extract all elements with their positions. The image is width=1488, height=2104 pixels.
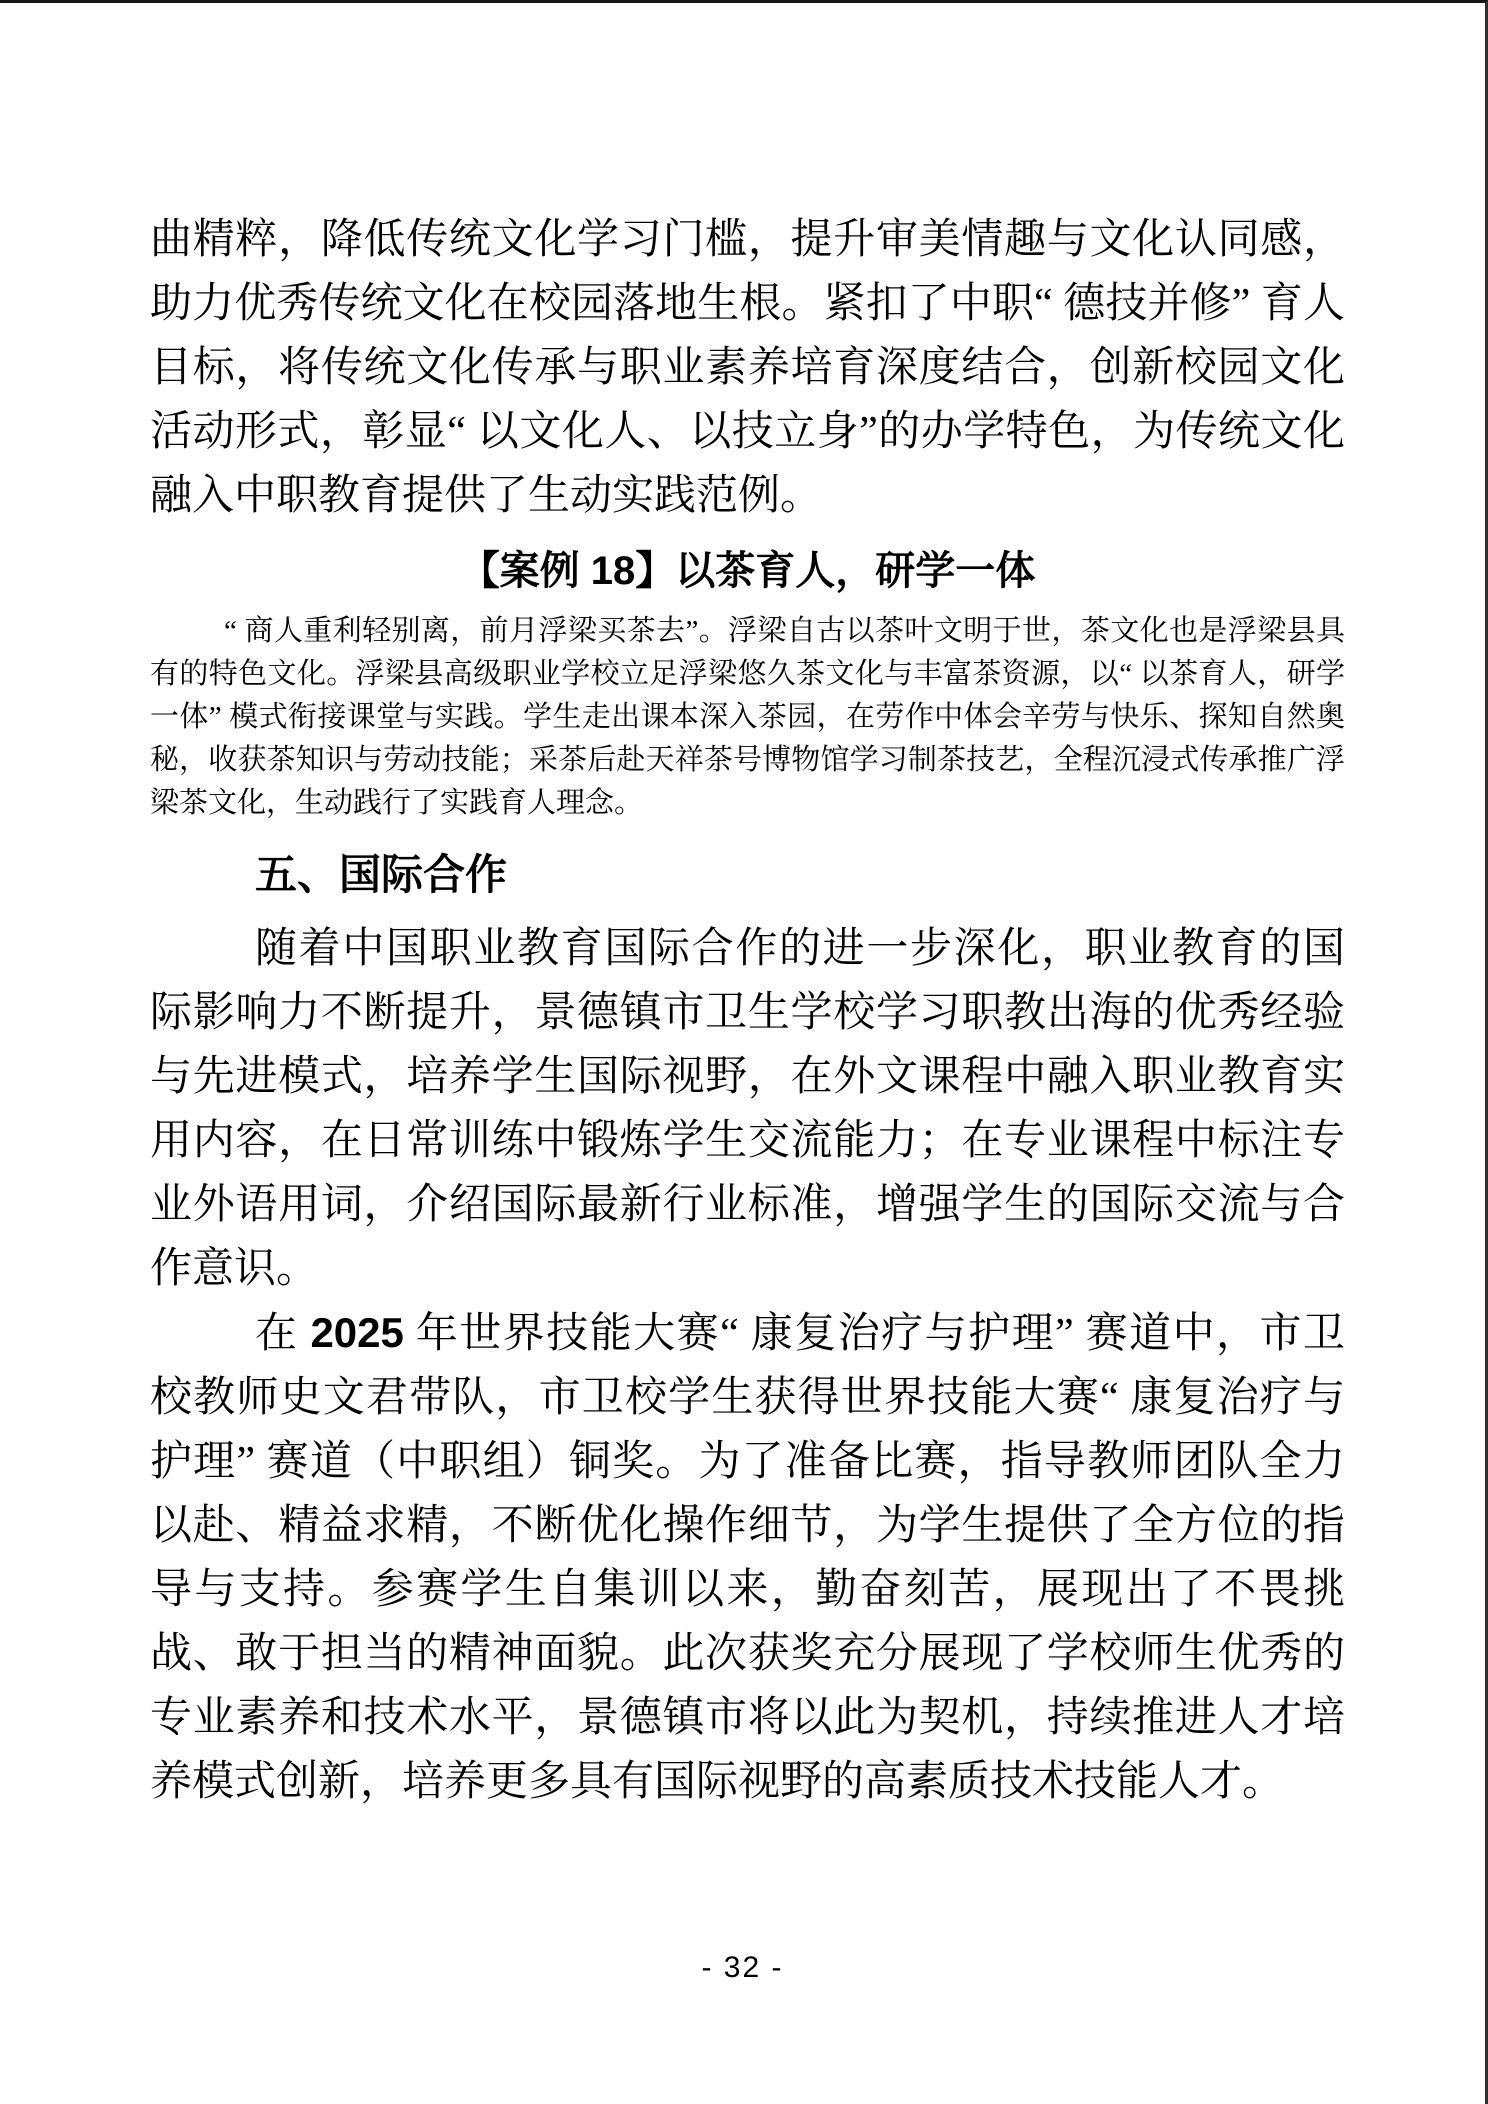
paragraph-competition: 在 2025 年世界技能大赛“ 康复治疗与护理” 赛道中，市卫校教师史文君带队，… bbox=[150, 1301, 1345, 1814]
case-body-paragraph: “ 商人重利轻别离，前月浮梁买茶去”。浮梁自古以茶叶文明于世，茶文化也是浮梁县具… bbox=[150, 610, 1345, 825]
section-heading-international-cooperation: 五、国际合作 bbox=[255, 845, 1345, 905]
paragraph-international: 随着中国职业教育国际合作的进一步深化，职业教育的国际影响力不断提升，景德镇市卫生… bbox=[150, 917, 1345, 1301]
competition-text-prefix: 在 bbox=[255, 1311, 310, 1357]
competition-text-rest: 年世界技能大赛“ 康复治疗与护理” 赛道中，市卫校教师史文君带队，市卫校学生获得… bbox=[150, 1311, 1345, 1805]
document-page: 曲精粹，降低传统文化学习门槛，提升审美情趣与文化认同感，助力优秀传统文化在校园落… bbox=[0, 0, 1488, 2104]
page-number: - 32 - bbox=[0, 1951, 1485, 1985]
competition-year: 2025 bbox=[310, 1309, 403, 1356]
case-heading: 【案例 18】以茶育人，研学一体 bbox=[150, 542, 1345, 600]
paragraph-continuation: 曲精粹，降低传统文化学习门槛，提升审美情趣与文化认同感，助力优秀传统文化在校园落… bbox=[150, 208, 1345, 528]
page-content: 曲精粹，降低传统文化学习门槛，提升审美情趣与文化认同感，助力优秀传统文化在校园落… bbox=[150, 208, 1345, 1814]
